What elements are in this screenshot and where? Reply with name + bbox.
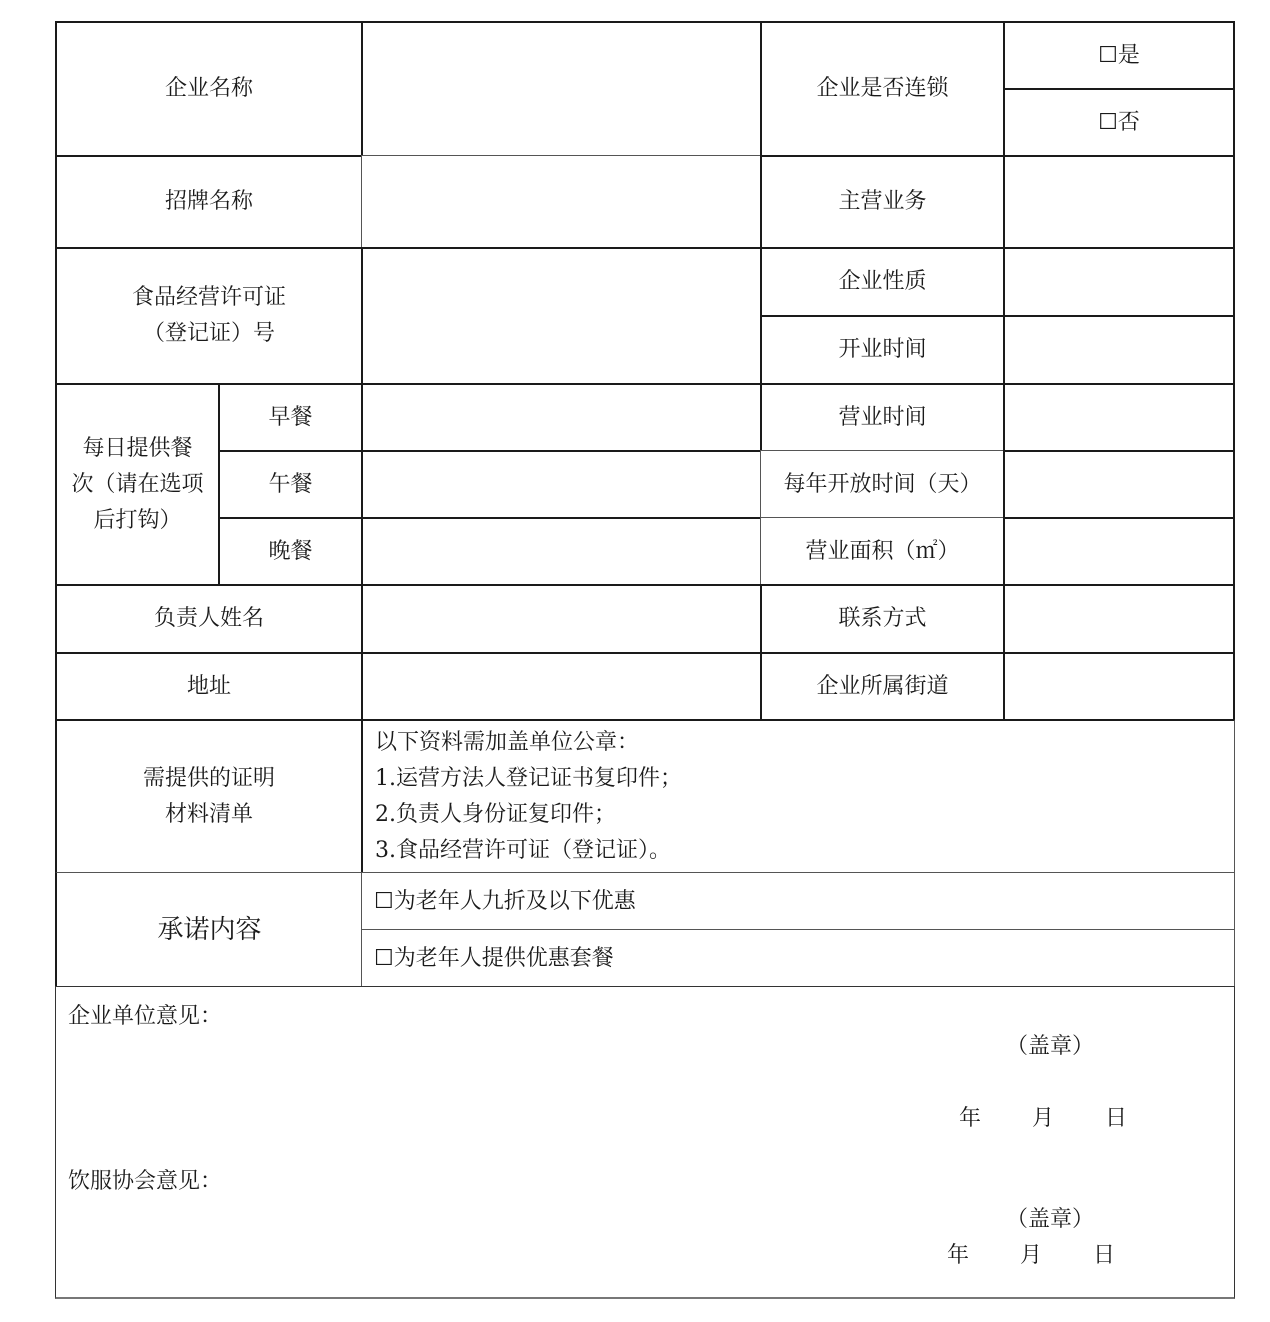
business-hours-label-text: 营业时间 [838, 400, 926, 436]
main-business-label-text: 主营业务 [838, 184, 926, 220]
daily-meals-label-line1: 每日提供餐 [82, 431, 192, 467]
daily-meals-label: 每日提供餐 次（请在选项 后打钩） [55, 383, 220, 586]
chain-no-label: ☐否 [1098, 105, 1140, 141]
enterprise-date-month: 月 [1032, 1101, 1054, 1137]
business-area-label-text: 营业面积（㎡） [805, 534, 959, 570]
enterprise-nature-field[interactable] [1003, 247, 1235, 317]
commitment-label-text: 承诺内容 [157, 912, 261, 948]
signboard-name-field[interactable] [361, 155, 762, 249]
materials-intro: 以下资料需加盖单位公章： [375, 725, 639, 761]
breakfast-label-text: 早餐 [268, 400, 312, 436]
enterprise-seal-label: （盖章） [1006, 1029, 1094, 1065]
dinner-label: 晚餐 [218, 517, 363, 586]
business-hours-label: 营业时间 [760, 383, 1005, 452]
opening-date-field[interactable] [1003, 315, 1235, 385]
business-area-label: 营业面积（㎡） [760, 517, 1005, 586]
food-license-label-line2: （登记证）号 [143, 316, 275, 352]
enterprise-nature-label-text: 企业性质 [838, 264, 926, 300]
food-license-field[interactable] [361, 247, 762, 385]
opening-date-label: 开业时间 [760, 315, 1005, 385]
address-field[interactable] [361, 652, 762, 721]
association-opinion-title: 饮服协会意见： [68, 1164, 222, 1200]
annual-open-days-label-text: 每年开放时间（天） [783, 467, 981, 503]
enterprise-name-label-text: 企业名称 [165, 71, 253, 107]
business-area-field[interactable] [1003, 517, 1235, 586]
contact-label-text: 联系方式 [838, 601, 926, 637]
contact-label: 联系方式 [760, 584, 1005, 654]
daily-meals-label-line2: 次（请在选项 [71, 467, 203, 503]
food-license-label: 食品经营许可证 （登记证）号 [55, 247, 363, 385]
enterprise-opinion-title: 企业单位意见： [68, 999, 222, 1035]
street-label-text: 企业所属街道 [816, 669, 948, 705]
commitment-option-discount[interactable]: ☐为老年人九折及以下优惠 [361, 872, 1235, 931]
commitment-option-discount-text: ☐为老年人九折及以下优惠 [374, 884, 636, 920]
person-in-charge-label: 负责人姓名 [55, 584, 363, 654]
address-label: 地址 [55, 652, 363, 721]
dinner-field[interactable] [361, 517, 762, 586]
enterprise-name-label: 企业名称 [55, 21, 363, 157]
daily-meals-label-line3: 后打钩） [93, 503, 181, 539]
association-date-month: 月 [1020, 1238, 1042, 1274]
annual-open-days-label: 每年开放时间（天） [760, 450, 1005, 519]
main-business-field[interactable] [1003, 155, 1235, 249]
materials-item-3: 3.食品经营许可证（登记证）。 [375, 833, 671, 869]
association-date-year: 年 [947, 1238, 969, 1274]
chain-no-checkbox[interactable]: ☐否 [1003, 88, 1235, 157]
contact-field[interactable] [1003, 584, 1235, 654]
lunch-label-text: 午餐 [268, 467, 312, 503]
breakfast-label: 早餐 [218, 383, 363, 452]
association-opinion-box[interactable]: 饮服协会意见： （盖章） 年 月 日 [55, 1140, 1235, 1299]
enterprise-nature-label: 企业性质 [760, 247, 1005, 317]
enterprise-opinion-box[interactable]: 企业单位意见： （盖章） 年 月 日 [55, 986, 1235, 1142]
association-seal-label: （盖章） [1006, 1202, 1094, 1238]
materials-label-line1: 需提供的证明 [143, 761, 275, 797]
person-in-charge-label-text: 负责人姓名 [154, 601, 264, 637]
materials-item-2: 2.负责人身份证复印件； [375, 797, 616, 833]
enterprise-date-year: 年 [959, 1101, 981, 1137]
food-license-label-line1: 食品经营许可证 [132, 280, 286, 316]
commitment-option-meal-package[interactable]: ☐为老年人提供优惠套餐 [361, 929, 1235, 988]
chain-yes-label: ☐是 [1098, 38, 1140, 74]
association-date-day: 日 [1093, 1238, 1115, 1274]
signboard-name-label: 招牌名称 [55, 155, 363, 249]
annual-open-days-field[interactable] [1003, 450, 1235, 519]
materials-label-line2: 材料清单 [165, 797, 253, 833]
street-label: 企业所属街道 [760, 652, 1005, 721]
materials-list: 以下资料需加盖单位公章： 1.运营方法人登记证书复印件； 2.负责人身份证复印件… [361, 719, 1235, 874]
commitment-option-meal-package-text: ☐为老年人提供优惠套餐 [374, 941, 614, 977]
materials-item-1: 1.运营方法人登记证书复印件； [375, 761, 682, 797]
dinner-label-text: 晚餐 [268, 534, 312, 570]
business-hours-field[interactable] [1003, 383, 1235, 452]
enterprise-date-day: 日 [1105, 1101, 1127, 1137]
lunch-field[interactable] [361, 450, 762, 519]
opening-date-label-text: 开业时间 [838, 332, 926, 368]
materials-label: 需提供的证明 材料清单 [55, 719, 363, 874]
main-business-label: 主营业务 [760, 155, 1005, 249]
lunch-label: 午餐 [218, 450, 363, 519]
street-field[interactable] [1003, 652, 1235, 721]
signboard-name-label-text: 招牌名称 [165, 184, 253, 220]
chain-label: 企业是否连锁 [760, 21, 1005, 157]
address-label-text: 地址 [187, 669, 231, 705]
chain-label-text: 企业是否连锁 [816, 71, 948, 107]
commitment-label: 承诺内容 [55, 872, 363, 988]
breakfast-field[interactable] [361, 383, 762, 452]
person-in-charge-field[interactable] [361, 584, 762, 654]
enterprise-name-field[interactable] [361, 21, 762, 157]
chain-yes-checkbox[interactable]: ☐是 [1003, 21, 1235, 90]
